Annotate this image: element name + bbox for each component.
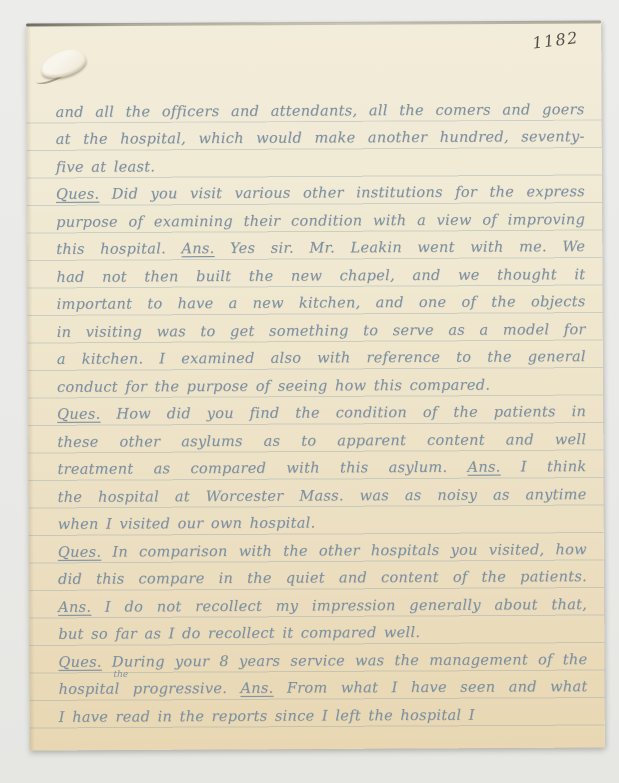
inserted-word: the <box>113 670 128 680</box>
paper-tear <box>38 46 89 81</box>
page-number: 1182 <box>531 28 580 53</box>
manuscript-line: and all the officers and attendants, all… <box>55 92 584 122</box>
manuscript-text: and all the officers and attendants, all… <box>55 92 587 727</box>
manuscript-page: 1182 and all the officers and attendants… <box>26 21 605 750</box>
scan-background: 1182 and all the officers and attendants… <box>0 0 619 783</box>
